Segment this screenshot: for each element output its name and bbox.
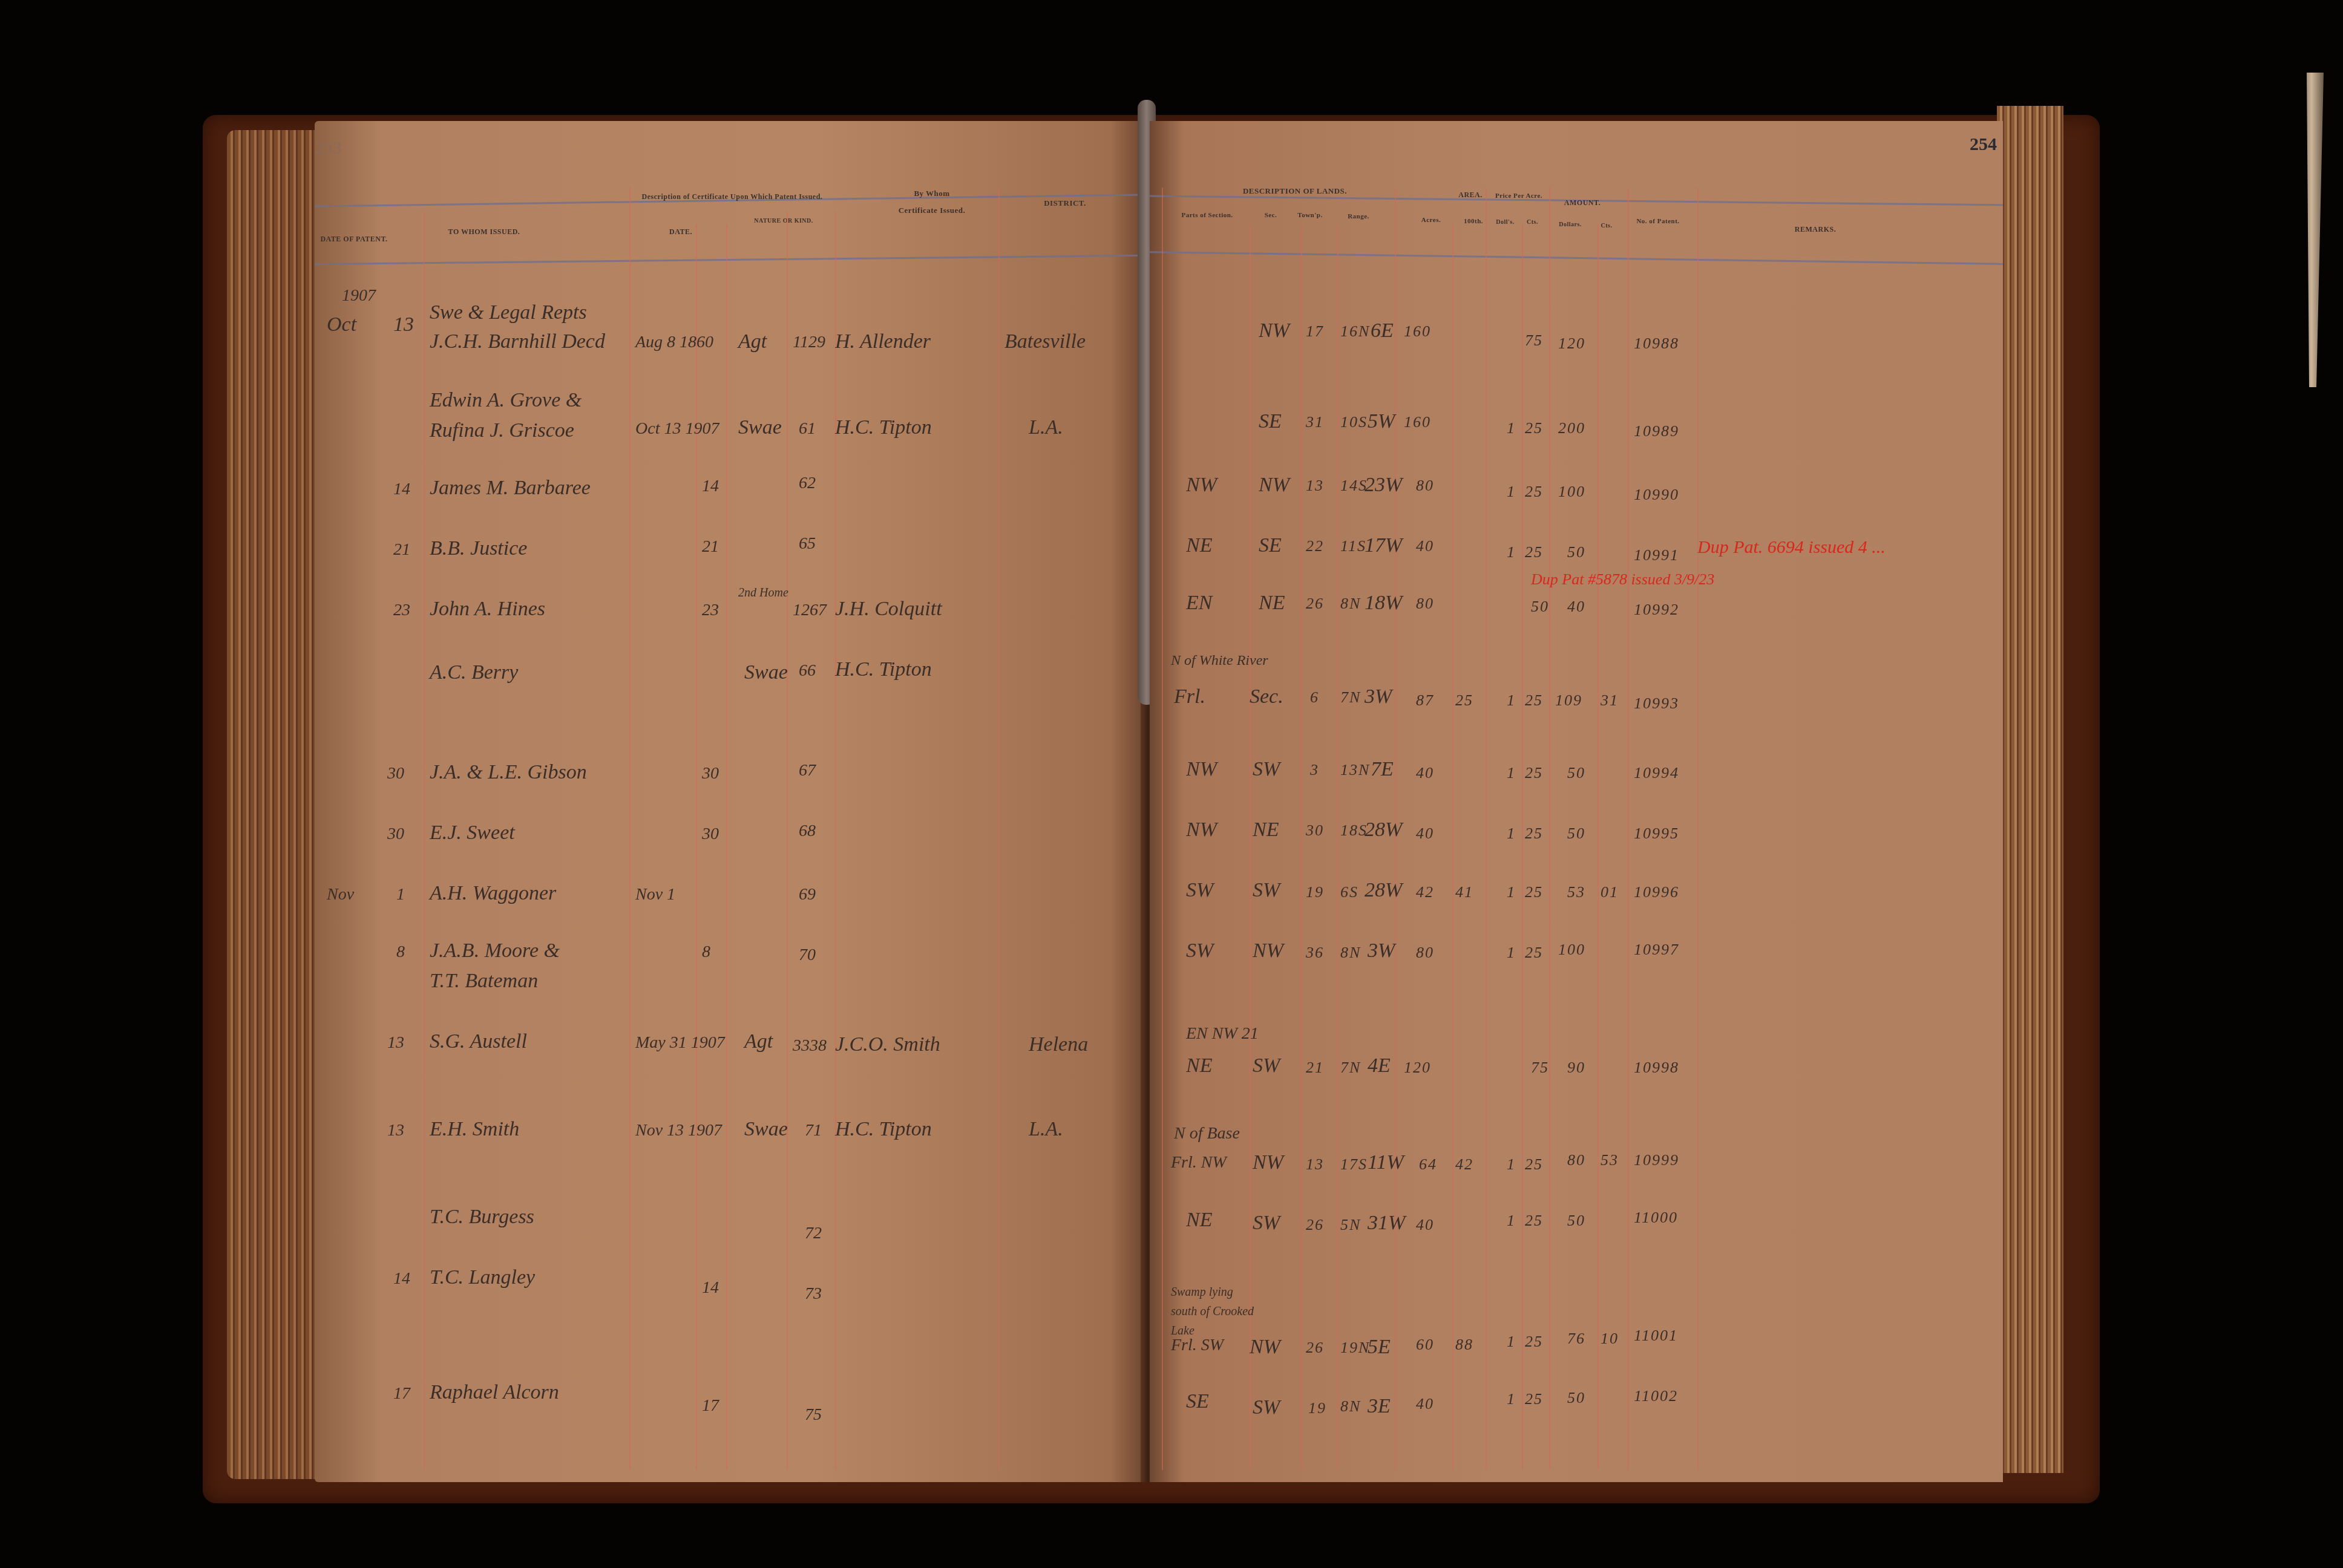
entry-price-cts: 25 [1525,1334,1543,1350]
entry-by-whom: H.C. Tipton [835,417,932,438]
entry-cert-no: 3338 [793,1037,827,1054]
entry-patent-no: 10990 [1634,487,1679,503]
entry-by-whom: J.H. Colquitt [835,599,942,619]
entry-parts: Frl. SW [1171,1337,1224,1354]
entry-price-dolls: 1 [1507,1334,1516,1350]
header-acres: Acres. [1410,217,1452,224]
entry-amount-dollars: 100 [1558,484,1585,500]
entry-patent-no: 10992 [1634,602,1679,618]
entry-district: Helena [1029,1034,1088,1055]
entry-name: S.G. Austell [430,1031,527,1052]
entry-amount-dollars: 109 [1555,693,1582,708]
entry-parts: NE [1186,1210,1212,1230]
entry-price-cts: 25 [1525,884,1543,900]
entry-acres: 160 [1404,414,1431,430]
entry-amount-cts: 10 [1601,1331,1619,1347]
left-page-number: 253 [315,138,342,158]
entry-by-whom: H. Allender [835,332,931,352]
entry-part2: NE [1253,820,1279,840]
entry-acres: 64 [1419,1157,1437,1172]
entry-sec: 19 [1306,884,1324,900]
entry-patent-no: 10994 [1634,765,1679,781]
entry-day: 1 [396,886,405,903]
entry-price-cts: 25 [1525,945,1543,961]
entry-name: J.A.B. Moore & [430,941,560,961]
entry-name: A.C. Berry [430,662,518,683]
entry-hundredths: 25 [1455,693,1473,708]
entry-acres: 87 [1416,693,1434,708]
entry-cert-no: 61 [799,420,816,437]
entry-part2: NW [1253,1152,1283,1173]
entry-amount-dollars: 50 [1567,1213,1585,1229]
entry-amount-dollars: 100 [1558,942,1585,958]
entry-range: 3E [1368,1396,1391,1417]
entry-parts: NE [1186,1056,1212,1076]
entry-name: T.C. Burgess [430,1207,534,1227]
header-certificate-issued: Certificate Issued. [859,206,1004,215]
entry-cert-date: Nov 13 1907 [635,1122,722,1139]
entry-twp: 8N [1340,945,1361,961]
column-rule [696,224,697,1470]
entry-remarks-red: Dup Pat. 6694 issued 4 ... [1697,538,1886,557]
entry-name: T.C. Langley [430,1267,535,1288]
entry-part2: NE [1259,593,1285,613]
entry-twp: 7N [1340,690,1361,705]
entry-day: 8 [396,944,405,961]
entry-twp: 18S [1340,823,1368,838]
entry-twp: 6S [1340,884,1358,900]
entry-price-dolls: 1 [1507,693,1516,708]
entry-name: Swe & Legal Repts [430,302,587,323]
entry-part2: NW [1253,941,1283,961]
entry-price-dolls: 1 [1507,1391,1516,1407]
entry-acres: 80 [1416,478,1434,494]
entry-price-cts: 25 [1525,420,1543,436]
entry-acres: 160 [1404,324,1431,339]
header-sec: Sec. [1256,212,1286,219]
entry-amount-cts: 01 [1601,884,1619,900]
entry-hundredths: 41 [1455,884,1473,900]
column-rule [629,188,631,1470]
entry-name: Edwin A. Grove & [430,390,582,411]
header-district: DISTRICT. [1011,198,1119,208]
header-remarks: REMARKS. [1755,225,1876,234]
column-rule [998,188,1000,1470]
entry-twp: 7N [1340,1060,1361,1076]
entry-amount-dollars: 90 [1567,1060,1585,1076]
entry-patent-no: 10991 [1634,547,1679,563]
header-price-dolls: Doll's. [1492,219,1519,226]
entry-range: 23W [1365,475,1402,495]
entry-sec: 36 [1306,945,1324,961]
entry-price-cts: 25 [1525,765,1543,781]
entry-name-line2: J.C.H. Barnhill Decd [430,332,605,352]
entry-part2: NW [1259,475,1289,495]
header-date-of-patent: DATE OF PATENT. [303,235,405,244]
entry-price-dolls: 1 [1507,1157,1516,1172]
entry-amount-dollars: 76 [1567,1331,1585,1347]
entry-district: L.A. [1029,417,1063,438]
entry-price-cts: 25 [1525,826,1543,841]
entry-parts: SW [1186,941,1213,961]
entry-twp: 10S [1340,414,1368,430]
entry-part2: SE [1259,535,1282,556]
entry-day: 30 [387,765,404,782]
column-rule [1452,224,1453,1470]
column-rule [1337,224,1339,1470]
column-rule [835,212,836,1470]
column-rule [1597,224,1599,1470]
entry-twp: 5N [1340,1217,1361,1233]
entry-cert-no: 69 [799,886,816,903]
entry-part2: SW [1253,1397,1280,1418]
header-price-per-acre: Price Per Acre. [1492,192,1546,200]
entry-amount-dollars: 80 [1567,1152,1585,1168]
entry-sec: 13 [1306,1157,1324,1172]
entry-cert-date: 14 [702,478,719,495]
entry-name-line2: T.T. Bateman [430,971,538,991]
entry-cert-date: Aug 8 1860 [635,334,713,351]
entry-twp: 19N [1340,1340,1370,1356]
column-rule [1162,188,1163,1470]
entry-day: 13 [387,1034,404,1051]
header-nature-or-kind: NATURE OR KIND. [738,218,829,224]
header-description-of-lands: DESCRIPTION OF LANDS. [1216,186,1374,196]
header-townp: Town'p. [1289,212,1331,219]
entry-day: 21 [393,541,410,558]
entry-kind: Agt [744,1031,773,1052]
entry-cert-no: 1267 [793,602,827,619]
header-area: AREA. [1452,191,1489,200]
entry-range: 4E [1368,1056,1391,1076]
entry-price-cts: 25 [1525,693,1543,708]
entry-amount-dollars: 40 [1567,599,1585,615]
column-rule [424,212,425,1470]
entry-cert-date: Nov 1 [635,886,675,903]
entry-cert-no: 67 [799,762,816,779]
entry-patent-no: 11002 [1634,1388,1678,1404]
entry-price-dolls: 1 [1507,945,1516,961]
header-hundredths: 100th. [1458,218,1489,225]
entry-price-cts: 25 [1525,544,1543,560]
entry-cert-date: 30 [702,826,719,843]
entry-by-whom: H.C. Tipton [835,1119,932,1140]
column-rule [1522,224,1523,1470]
column-rule [787,212,788,1470]
entry-day: 14 [393,1270,410,1287]
column-rule [1697,188,1699,1470]
entry-part2: NW [1259,321,1289,341]
entry-range: 18W [1365,593,1402,613]
entry-name: A.H. Waggoner [430,883,556,904]
entry-cert-no: 75 [805,1406,822,1423]
entry-patent-no: 10989 [1634,423,1679,439]
entry-parts-note: N of Base [1174,1125,1240,1142]
column-rule [1549,188,1550,1470]
entry-range: 31W [1368,1213,1405,1233]
entry-price-dolls: 1 [1507,420,1516,436]
entry-acres: 60 [1416,1337,1434,1353]
entry-patent-no: 10995 [1634,826,1679,841]
entry-kind: Agt [738,332,767,352]
entry-acres: 40 [1416,1217,1434,1233]
entry-parts: EN [1186,593,1212,613]
entry-amount-dollars: 50 [1567,544,1585,560]
entry-patent-no: 10999 [1634,1152,1679,1168]
header-date: DATE. [654,227,708,237]
entry-sec: 26 [1306,1217,1324,1233]
entry-district: L.A. [1029,1119,1063,1140]
entry-parts: NE [1186,535,1212,556]
column-rule [726,224,727,1470]
entry-hundredths: 88 [1455,1337,1473,1353]
entry-part2: SW [1253,880,1280,901]
entry-range: 5W [1368,411,1395,432]
entry-day: 30 [387,826,404,843]
entry-cert-date: 17 [702,1397,719,1414]
entry-parts: NW [1186,820,1217,840]
entry-range: 28W [1365,820,1402,840]
entry-sec: 30 [1306,823,1324,838]
entry-name: James M. Barbaree [430,478,591,498]
entry-patent-no: 10996 [1634,884,1679,900]
right-page-number: 254 [1970,134,1997,155]
entry-cert-no: 65 [799,535,816,552]
entry-sec: 21 [1306,1060,1324,1076]
entry-name: Raphael Alcorn [430,1382,559,1403]
entry-price-dolls: 1 [1507,484,1516,500]
entry-part2: SW [1253,759,1280,780]
entry-amount-cts: 31 [1601,693,1619,708]
entry-acres: 80 [1416,945,1434,961]
entry-patent-no: 10993 [1634,696,1679,711]
entry-sec: 13 [1306,478,1324,494]
entry-hundredths: 42 [1455,1157,1473,1172]
entry-parts: SE [1186,1391,1209,1412]
entry-patent-no: 10988 [1634,336,1679,351]
entry-range: 7E [1371,759,1394,780]
entry-name: B.B. Justice [430,538,527,559]
bookmark-ribbon [2299,73,2324,387]
entry-range: 6E [1371,321,1394,341]
entry-sec: 3 [1310,762,1319,778]
entry-price-dolls: 1 [1507,1213,1516,1229]
entry-acres: 120 [1404,1060,1431,1076]
entry-twp: 8N [1340,1399,1361,1414]
entry-day: 13 [393,315,414,335]
entry-twp: 13N [1340,762,1370,778]
entry-sec: 19 [1308,1400,1326,1416]
entry-part2: SE [1259,411,1282,432]
entry-sec: 22 [1306,538,1324,554]
entry-name: E.H. Smith [430,1119,519,1140]
ledger-left-page: 253 DATE OF PATENT. TO WHOM ISSUED. Desc… [315,121,1144,1482]
entry-acres: 40 [1416,1396,1434,1412]
entry-name: J.A. & L.E. Gibson [430,762,587,783]
year-heading: 1907 [342,287,376,304]
entry-cert-no: 73 [805,1285,822,1302]
header-by-whom: By Whom [871,189,992,198]
entry-cert-date: 14 [702,1279,719,1296]
entry-acres: 80 [1416,596,1434,612]
header-to-whom-issued: TO WHOM ISSUED. [424,227,545,237]
entry-parts: NW [1186,475,1217,495]
entry-cert-no: 1129 [793,334,825,351]
header-no-of-patent: No. of Patent. [1622,218,1694,225]
entry-acres: 42 [1416,884,1434,900]
entry-price-dolls: 1 [1507,884,1516,900]
column-rule [1628,188,1629,1470]
page-edges-left [227,130,318,1479]
entry-part2: NW [1250,1337,1280,1357]
entry-day: 13 [387,1122,404,1139]
entry-sec: 26 [1306,1340,1324,1356]
entry-acres: 40 [1416,538,1434,554]
page-edges-right [1997,106,2063,1473]
entry-by-whom: H.C. Tipton [835,659,932,680]
entry-parts-note: N of White River [1171,653,1268,668]
entry-price-cts: 75 [1525,333,1543,348]
entry-cert-date: 23 [702,602,719,619]
entry-patent-no: 10998 [1634,1060,1679,1076]
header-range: Range. [1334,213,1383,220]
entry-cert-date: Oct 13 1907 [635,420,719,437]
entry-patent-no: 11001 [1634,1328,1678,1344]
ledger-right-page: 254 DESCRIPTION OF LANDS. Parts of Secti… [1150,121,2003,1482]
entry-amount-dollars: 50 [1567,826,1585,841]
entry-kind: 2nd Home [738,587,788,599]
entry-cert-date: 30 [702,765,719,782]
entry-price-cts: 50 [1531,599,1549,615]
entry-amount-dollars: 120 [1558,336,1585,351]
entry-twp: 11S [1340,538,1366,554]
entry-sec: 31 [1306,414,1324,430]
entry-cert-date: May 31 1907 [635,1034,725,1051]
entry-day: 17 [393,1385,410,1402]
entry-range: 5E [1368,1337,1391,1357]
entry-month: Oct [327,315,356,335]
entry-range: 17W [1365,535,1402,556]
entry-price-cts: 25 [1525,484,1543,500]
column-rule [1301,224,1302,1470]
header-parts-of-section: Parts of Section. [1162,212,1253,219]
entry-day: 23 [393,602,410,619]
entry-cert-date: 21 [702,538,719,555]
entry-amount-dollars: 50 [1567,1390,1585,1406]
entry-twp: 16N [1340,324,1370,339]
entry-day: 14 [393,481,410,498]
entry-kind: Swae [744,1119,788,1140]
entry-cert-no: 62 [799,475,816,492]
entry-price-dolls: 1 [1507,826,1516,841]
entry-price-dolls: 1 [1507,765,1516,781]
entry-range: 3W [1365,687,1392,707]
entry-sec: 6 [1310,690,1319,705]
entry-cert-no: 66 [799,662,816,679]
entry-parts: Frl. NW [1171,1154,1227,1171]
header-amount: AMOUNT. [1546,198,1619,207]
entry-by-whom: J.C.O. Smith [835,1034,940,1055]
entry-sec: 17 [1306,324,1324,339]
entry-range: 3W [1368,941,1395,961]
entry-sec: 26 [1306,596,1324,612]
entry-cert-no: 70 [799,947,816,964]
entry-price-cts: 25 [1525,1391,1543,1407]
entry-remarks-red: Dup Pat #5878 issued 3/9/23 [1531,572,1714,587]
entry-part2: SW [1253,1213,1280,1233]
entry-cert-no: 68 [799,823,816,840]
header-price-cts: Cts. [1522,219,1543,226]
entry-cert-date: 8 [702,944,710,961]
entry-name: E.J. Sweet [430,823,515,843]
entry-parts: Frl. [1174,687,1205,707]
entry-parts-note: Swamp lying south of Crooked Lake [1171,1282,1256,1341]
entry-price-cts: 25 [1525,1213,1543,1229]
entry-twp: 17S [1340,1157,1368,1172]
entry-cert-no: 72 [805,1225,822,1242]
entry-twp: 8N [1340,596,1361,612]
entry-price-cts: 75 [1531,1060,1549,1076]
entry-price-dolls: 1 [1507,544,1516,560]
entry-patent-no: 10997 [1634,942,1679,958]
header-bottom-rule [315,255,1144,265]
entry-amount-dollars: 53 [1567,884,1585,900]
entry-cert-no: 71 [805,1122,822,1139]
entry-name: John A. Hines [430,599,545,619]
entry-amount-dollars: 200 [1558,420,1585,436]
column-rule [1486,188,1487,1470]
entry-kind: Swae [738,417,782,438]
entry-parts: SW [1186,880,1213,901]
entry-range: 11W [1368,1152,1404,1173]
entry-acres: 40 [1416,826,1434,841]
entry-kind: Swae [744,662,788,683]
header-amount-dollars: Dollars. [1546,221,1594,228]
entry-amount-dollars: 50 [1567,765,1585,781]
header-bottom-rule [1150,251,2003,265]
entry-price-cts: 25 [1525,1157,1543,1172]
entry-part2: Sec. [1250,687,1283,707]
header-description-of-certificate: Description of Certificate Upon Which Pa… [629,192,835,201]
entry-patent-no: 11000 [1634,1210,1678,1226]
entry-name-line2: Rufina J. Griscoe [430,420,574,441]
entry-range: 28W [1365,880,1402,901]
entry-twp: 14S [1340,478,1368,494]
entry-acres: 40 [1416,765,1434,781]
entry-amount-cts: 53 [1601,1152,1619,1168]
entry-parts: NW [1186,759,1217,780]
entry-month: Nov [327,886,354,903]
entry-district: Batesville [1004,332,1086,352]
entry-part2: SW [1253,1056,1280,1076]
entry-parts-note: EN NW 21 [1186,1025,1259,1042]
